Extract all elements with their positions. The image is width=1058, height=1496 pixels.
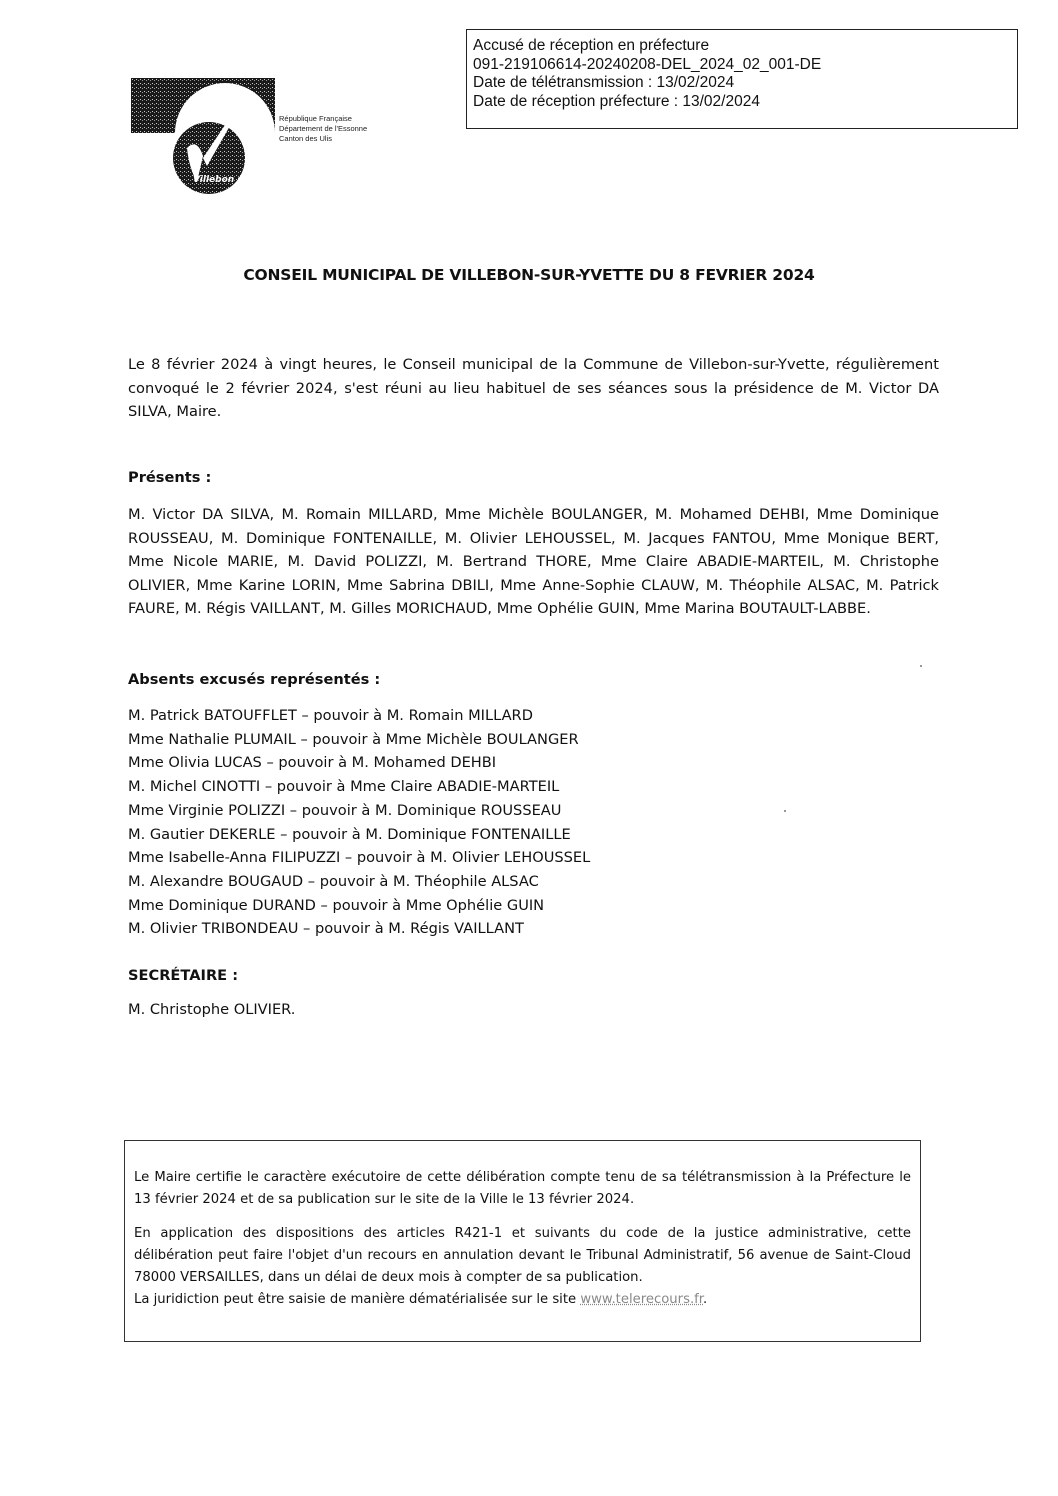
certification-text: Le Maire certifie le caractère exécutoir… (134, 1167, 911, 1211)
prefecture-receipt-stamp: Accusé de réception en préfecture 091-21… (466, 29, 1018, 129)
list-item: Mme Isabelle-Anna FILIPUZZI – pouvoir à … (128, 846, 590, 870)
telerecours-link[interactable]: www.telerecours.fr (580, 1292, 703, 1307)
stamp-line: 091-219106614-20240208-DEL_2024_02_001-D… (473, 56, 1017, 75)
stamp-line: Date de réception préfecture : 13/02/202… (473, 93, 1017, 112)
intro-paragraph: Le 8 février 2024 à vingt heures, le Con… (128, 353, 939, 424)
list-item: Mme Dominique DURAND – pouvoir à Mme Oph… (128, 894, 590, 918)
online-appeal-text: La juridiction peut être saisie de maniè… (134, 1292, 580, 1307)
secretary-name: M. Christophe OLIVIER. (128, 1001, 295, 1018)
logo-line: République Française (279, 114, 367, 124)
punctuation: . (703, 1292, 707, 1307)
villebon-logo: Villebon sur Yvette République Française… (131, 78, 391, 198)
list-item: Mme Virginie POLIZZI – pouvoir à M. Domi… (128, 799, 590, 823)
presents-heading: Présents : (128, 469, 211, 486)
stamp-line: Date de télétransmission : 13/02/2024 (473, 74, 1017, 93)
list-item: Mme Olivia LUCAS – pouvoir à M. Mohamed … (128, 751, 590, 775)
logo-line: Département de l'Essonne (279, 124, 367, 134)
logo-line: Canton des Ulis (279, 134, 367, 144)
absents-heading: Absents excusés représentés : (128, 671, 380, 688)
online-appeal-line: La juridiction peut être saisie de maniè… (134, 1289, 911, 1311)
svg-text:Villebon sur Yvette: Villebon sur Yvette (193, 175, 290, 185)
list-item: M. Michel CINOTTI – pouvoir à Mme Claire… (128, 775, 590, 799)
legal-notice-box: Le Maire certifie le caractère exécutoir… (124, 1140, 921, 1342)
scan-speck (920, 665, 922, 667)
absents-list: M. Patrick BATOUFFLET – pouvoir à M. Rom… (128, 704, 590, 941)
list-item: M. Gautier DEKERLE – pouvoir à M. Domini… (128, 823, 590, 847)
list-item: M. Alexandre BOUGAUD – pouvoir à M. Théo… (128, 870, 590, 894)
stamp-line: Accusé de réception en préfecture (473, 37, 1017, 56)
list-item: Mme Nathalie PLUMAIL – pouvoir à Mme Mic… (128, 728, 590, 752)
page-title: CONSEIL MUNICIPAL DE VILLEBON-SUR-YVETTE… (0, 266, 1058, 284)
list-item: M. Patrick BATOUFFLET – pouvoir à M. Rom… (128, 704, 590, 728)
list-item: M. Olivier TRIBONDEAU – pouvoir à M. Rég… (128, 917, 590, 941)
appeal-text: En application des dispositions des arti… (134, 1223, 911, 1289)
logo-caption: République Française Département de l'Es… (279, 114, 367, 144)
scan-speck (784, 810, 786, 812)
presents-list: M. Victor DA SILVA, M. Romain MILLARD, M… (128, 503, 939, 621)
secretary-heading: SECRÉTAIRE : (128, 967, 238, 984)
